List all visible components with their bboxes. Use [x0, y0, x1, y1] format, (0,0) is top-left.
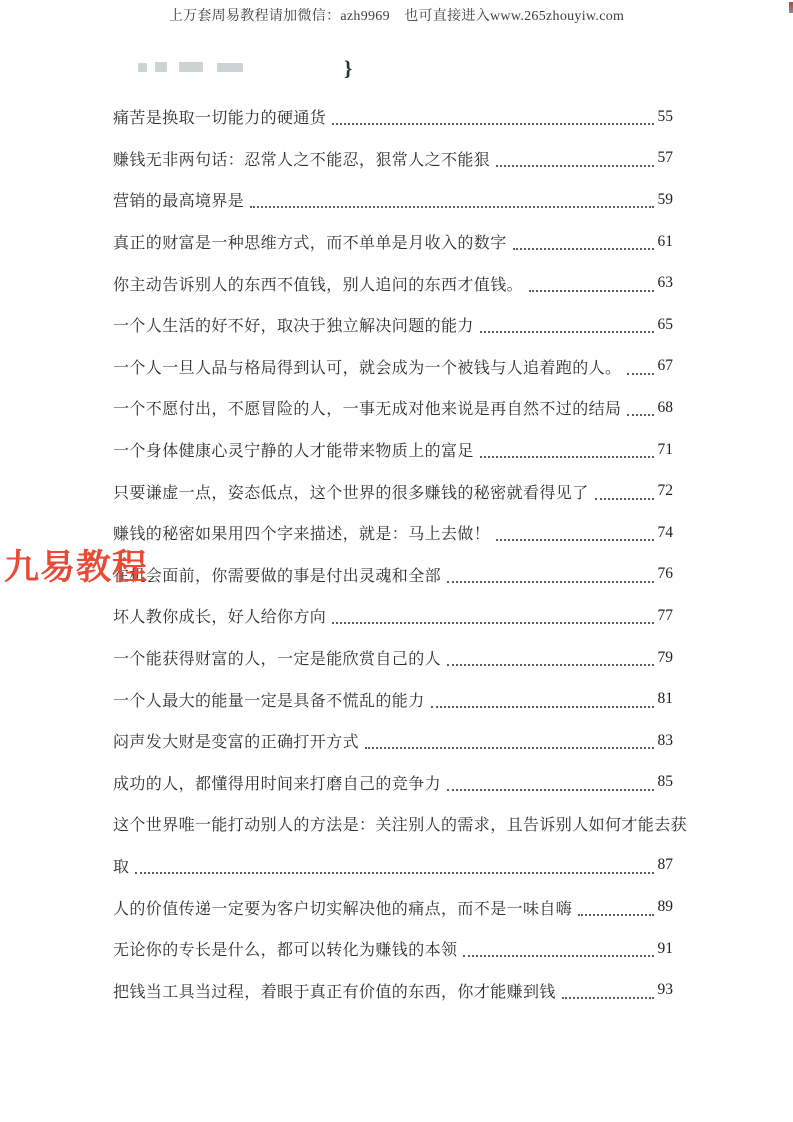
toc-leader-dots — [447, 774, 653, 791]
toc-page-number: 85 — [658, 773, 674, 791]
toc-entry: 一个身体健康心灵宁静的人才能带来物质上的富足 71 — [113, 429, 673, 471]
clipped-heading-fragment — [138, 63, 147, 72]
toc-entry: 成功的人，都懂得用时间来打磨自己的竞争力 85 — [113, 762, 673, 804]
watermark-text: 九易教程 — [4, 540, 148, 590]
clipped-brace-glyph: } — [344, 56, 352, 81]
toc-entry-title: 一个人最大的能量一定是具备不慌乱的能力 — [113, 688, 425, 711]
toc-page-number: 89 — [658, 898, 674, 916]
toc-page-number: 59 — [658, 191, 674, 209]
toc-page-number: 76 — [658, 565, 674, 583]
clipped-heading-fragment — [155, 62, 167, 72]
toc-entry-title: 一个人生活的好不好，取决于独立解决问题的能力 — [113, 313, 474, 336]
toc-page-number: 72 — [658, 482, 674, 500]
toc-entry: 一个能获得财富的人，一定是能欣赏自己的人 79 — [113, 637, 673, 679]
toc-entry: 营销的最高境界是 59 — [113, 179, 673, 221]
toc-entry: 人的价值传递一定要为客户切实解决他的痛点，而不是一味自嗨 89 — [113, 886, 673, 928]
toc-leader-dots — [332, 108, 653, 125]
toc-page-number: 93 — [658, 981, 674, 999]
toc-entry-title: 成功的人，都懂得用时间来打磨自己的竞争力 — [113, 771, 441, 794]
toc-entry-wrapped-line2: 取 87 — [113, 845, 673, 887]
toc-entry-title: 只要谦虚一点，姿态低点，这个世界的很多赚钱的秘密就看得见了 — [113, 480, 589, 503]
toc-page-number: 81 — [658, 690, 674, 708]
toc-page-number: 61 — [658, 233, 674, 251]
toc-leader-dots — [627, 358, 653, 375]
toc-leader-dots — [529, 275, 653, 292]
toc-leader-dots — [447, 649, 653, 666]
toc-entry-title: 取 — [113, 854, 129, 877]
toc-leader-dots — [480, 441, 654, 458]
toc-entry: 一个不愿付出，不愿冒险的人，一事无成对他来说是再自然不过的结局 68 — [113, 387, 673, 429]
toc-leader-dots — [496, 524, 653, 541]
toc-leader-dots — [463, 940, 653, 957]
toc-entry: 只要谦虚一点，姿态低点，这个世界的很多赚钱的秘密就看得见了 72 — [113, 470, 673, 512]
toc-leader-dots — [595, 483, 654, 500]
toc-leader-dots — [578, 899, 653, 916]
document-page: 上万套周易教程请加微信：azh9969 也可直接进入www.265zhouyiw… — [0, 0, 793, 1122]
toc-entry-title: 赚钱无非两句话：忍常人之不能忍，狠常人之不能狠 — [113, 147, 490, 170]
toc-page-number: 83 — [658, 732, 674, 750]
toc-entry-title: 赚钱的秘密如果用四个字来描述，就是：马上去做！ — [113, 521, 490, 544]
toc-leader-dots — [447, 566, 653, 583]
toc-entry: 坏人教你成长，好人给你方向 77 — [113, 595, 673, 637]
toc-leader-dots — [562, 982, 654, 999]
toc-entry-title: 真正的财富是一种思维方式，而不单单是月收入的数字 — [113, 230, 507, 253]
toc-entry-title: 闷声发大财是变富的正确打开方式 — [113, 729, 359, 752]
toc-entry: 闷声发大财是变富的正确打开方式 83 — [113, 720, 673, 762]
toc-page-number: 68 — [658, 399, 674, 417]
toc-leader-dots — [250, 191, 653, 208]
toc-entry: 痛苦是换取一切能力的硬通货 55 — [113, 96, 673, 138]
toc-leader-dots — [513, 233, 654, 250]
toc-entry-title: 一个身体健康心灵宁静的人才能带来物质上的富足 — [113, 438, 474, 461]
toc-entry-title: 把钱当工具当过程，着眼于真正有价值的东西，你才能赚到钱 — [113, 979, 556, 1002]
header-ad-text: 上万套周易教程请加微信：azh9969 也可直接进入www.265zhouyiw… — [0, 5, 793, 25]
toc-entry: 赚钱的秘密如果用四个字来描述，就是：马上去做！ 74 — [113, 512, 673, 554]
toc-entry-title: 这个世界唯一能打动别人的方法是：关注别人的需求，且告诉别人如何才能去获 — [113, 812, 687, 835]
toc-leader-dots — [365, 732, 653, 749]
toc-entry-title: 痛苦是换取一切能力的硬通货 — [113, 105, 326, 128]
toc-entry-title: 坏人教你成长，好人给你方向 — [113, 604, 326, 627]
toc-entry-title: 营销的最高境界是 — [113, 188, 244, 211]
toc-page-number: 55 — [658, 108, 674, 126]
page-edge-mark — [789, 2, 793, 13]
toc-entry-wrapped-line1: 这个世界唯一能打动别人的方法是：关注别人的需求，且告诉别人如何才能去获 — [113, 803, 673, 845]
toc-page-number: 74 — [658, 524, 674, 542]
toc-entry-title: 一个能获得财富的人，一定是能欣赏自己的人 — [113, 646, 441, 669]
toc-page-number: 63 — [658, 274, 674, 292]
clipped-heading-fragment — [217, 63, 243, 72]
toc-leader-dots — [332, 607, 653, 624]
toc-entry-title: 无论你的专长是什么，都可以转化为赚钱的本领 — [113, 937, 457, 960]
toc-entry: 一个人生活的好不好，取决于独立解决问题的能力 65 — [113, 304, 673, 346]
toc-page-number: 91 — [658, 940, 674, 958]
toc-entry: 一个人一旦人品与格局得到认可，就会成为一个被钱与人追着跑的人。 67 — [113, 346, 673, 388]
toc-entry: 你主动告诉别人的东西不值钱，别人追问的东西才值钱。 63 — [113, 262, 673, 304]
toc-entry: 把钱当工具当过程，着眼于真正有价值的东西，你才能赚到钱 93 — [113, 969, 673, 1011]
table-of-contents: 痛苦是换取一切能力的硬通货 55 赚钱无非两句话：忍常人之不能忍，狠常人之不能狠… — [113, 96, 673, 1011]
toc-page-number: 67 — [658, 357, 674, 375]
toc-entry-title: 人的价值传递一定要为客户切实解决他的痛点，而不是一味自嗨 — [113, 896, 572, 919]
toc-leader-dots — [431, 691, 654, 708]
toc-leader-dots — [627, 399, 653, 416]
toc-leader-dots — [496, 150, 653, 167]
toc-page-number: 87 — [658, 856, 674, 874]
toc-entry: 在机会面前，你需要做的事是付出灵魂和全部 76 — [113, 554, 673, 596]
toc-page-number: 77 — [658, 607, 674, 625]
toc-page-number: 57 — [658, 149, 674, 167]
toc-entry: 无论你的专长是什么，都可以转化为赚钱的本领 91 — [113, 928, 673, 970]
clipped-heading-fragment — [179, 62, 203, 72]
toc-page-number: 79 — [658, 649, 674, 667]
toc-page-number: 65 — [658, 316, 674, 334]
toc-leader-dots — [480, 316, 654, 333]
toc-leader-dots — [135, 857, 653, 874]
toc-entry-title: 一个人一旦人品与格局得到认可，就会成为一个被钱与人追着跑的人。 — [113, 355, 621, 378]
toc-entry-title: 一个不愿付出，不愿冒险的人，一事无成对他来说是再自然不过的结局 — [113, 396, 621, 419]
toc-entry-title: 你主动告诉别人的东西不值钱，别人追问的东西才值钱。 — [113, 272, 523, 295]
toc-entry: 赚钱无非两句话：忍常人之不能忍，狠常人之不能狠 57 — [113, 138, 673, 180]
toc-page-number: 71 — [658, 441, 674, 459]
toc-entry: 一个人最大的能量一定是具备不慌乱的能力 81 — [113, 678, 673, 720]
toc-entry-title: 在机会面前，你需要做的事是付出灵魂和全部 — [113, 563, 441, 586]
toc-entry: 真正的财富是一种思维方式，而不单单是月收入的数字 61 — [113, 221, 673, 263]
